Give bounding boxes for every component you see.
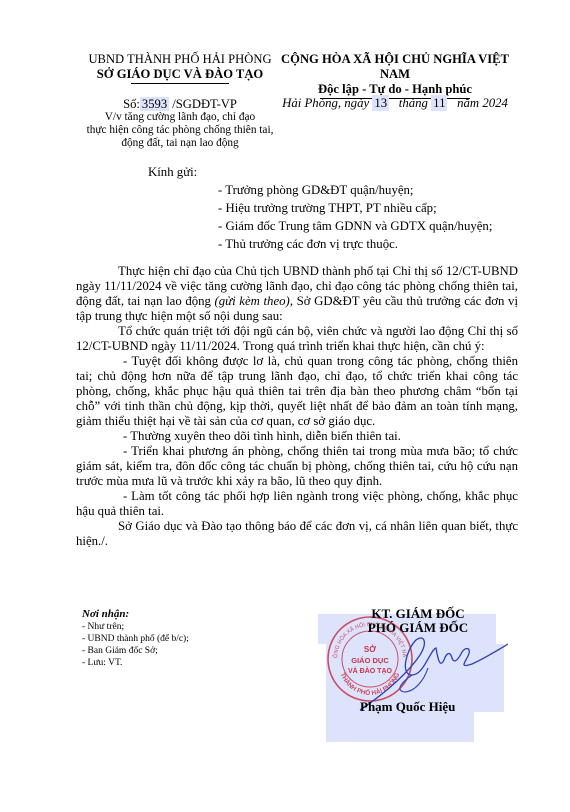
recipient-list: - Trưởng phòng GD&ĐT quận/huyện; - Hiệu … [218, 181, 492, 253]
directive-paragraph: Tổ chức quán triệt tới đội ngũ cán bộ, v… [76, 324, 518, 354]
signer-name: Phạm Quốc Hiệu [360, 699, 455, 715]
distribution-item: - Lưu: VT. [82, 657, 189, 669]
recipient-item: - Trưởng phòng GD&ĐT quận/huyện; [218, 181, 492, 199]
distribution-title: Nơi nhận: [82, 608, 189, 620]
subject-line: V/v tăng cường lãnh đạo, chỉ đạo [62, 111, 298, 124]
header-left-underline [131, 83, 229, 84]
distribution-item: - Như trên; [82, 621, 189, 633]
distribution-list: Nơi nhận: - Như trên; - UBND thành phố (… [82, 608, 189, 669]
signature-highlight [326, 712, 474, 742]
document-date: Hải Phòng, ngày 13 tháng 11 năm 2024 [268, 95, 522, 111]
distribution-item: - Ban Giám đốc Sở; [82, 645, 189, 657]
bullet-item: - Triển khai phương án phòng, chống thiê… [76, 444, 518, 489]
subject-line: thực hiện công tác phòng chống thiên tai… [62, 124, 298, 137]
document-number-suffix: /SGDĐT-VP [169, 97, 237, 111]
department-name: SỞ GIÁO DỤC VÀ ĐÀO TẠO [62, 67, 298, 82]
bullet-item: - Thường xuyên theo dõi tình hình, diễn … [76, 429, 518, 444]
date-month-label: tháng [399, 96, 428, 110]
authority-name: UBND THÀNH PHỐ HẢI PHÒNG [62, 52, 298, 67]
national-title-block: CỘNG HÒA XÃ HỘI CHỦ NGHĨA VIỆT NAM Độc l… [268, 52, 522, 99]
intro-attachment-note: (gửi kèm theo) [215, 294, 290, 308]
issuing-authority-block: UBND THÀNH PHỐ HẢI PHÒNG SỞ GIÁO DỤC VÀ … [62, 52, 298, 84]
subject-line: động đất, tai nạn lao động [62, 137, 298, 150]
intro-paragraph: Thực hiện chỉ đạo của Chủ tịch UBND thàn… [76, 264, 518, 324]
date-month[interactable]: 11 [431, 95, 447, 111]
date-day[interactable]: 13 [372, 95, 389, 111]
document-number-value[interactable]: 3593 [140, 97, 169, 111]
document-number-prefix: Số: [123, 97, 140, 111]
bullet-item: - Tuyệt đối không được lơ là, chủ quan t… [76, 354, 518, 429]
distribution-item: - UBND thành phố (để b/c); [82, 633, 189, 645]
document-body: Thực hiện chỉ đạo của Chủ tịch UBND thàn… [76, 264, 518, 549]
salutation: Kính gửi: [148, 165, 197, 180]
recipient-item: - Giám đốc Trung tâm GDNN và GDTX quận/h… [218, 217, 492, 235]
signature-line-1: KT. GIÁM ĐỐC [318, 607, 518, 621]
document-number: Số:3593 /SGDĐT-VP [62, 97, 298, 111]
document-subject: V/v tăng cường lãnh đạo, chỉ đạo thực hi… [62, 111, 298, 150]
date-place-prefix: Hải Phòng, ngày [282, 96, 369, 110]
date-year: năm 2024 [457, 96, 508, 110]
bullet-item: - Làm tốt công tác phối hợp liên ngành t… [76, 489, 518, 519]
nation-name: CỘNG HÒA XÃ HỘI CHỦ NGHĨA VIỆT NAM [268, 52, 522, 82]
recipient-item: - Hiệu trưởng trường THPT, PT nhiều cấp; [218, 199, 492, 217]
recipient-item: - Thủ trưởng các đơn vị trực thuộc. [218, 235, 492, 253]
closing-paragraph: Sở Giáo dục và Đào tạo thông báo để các … [76, 519, 518, 549]
